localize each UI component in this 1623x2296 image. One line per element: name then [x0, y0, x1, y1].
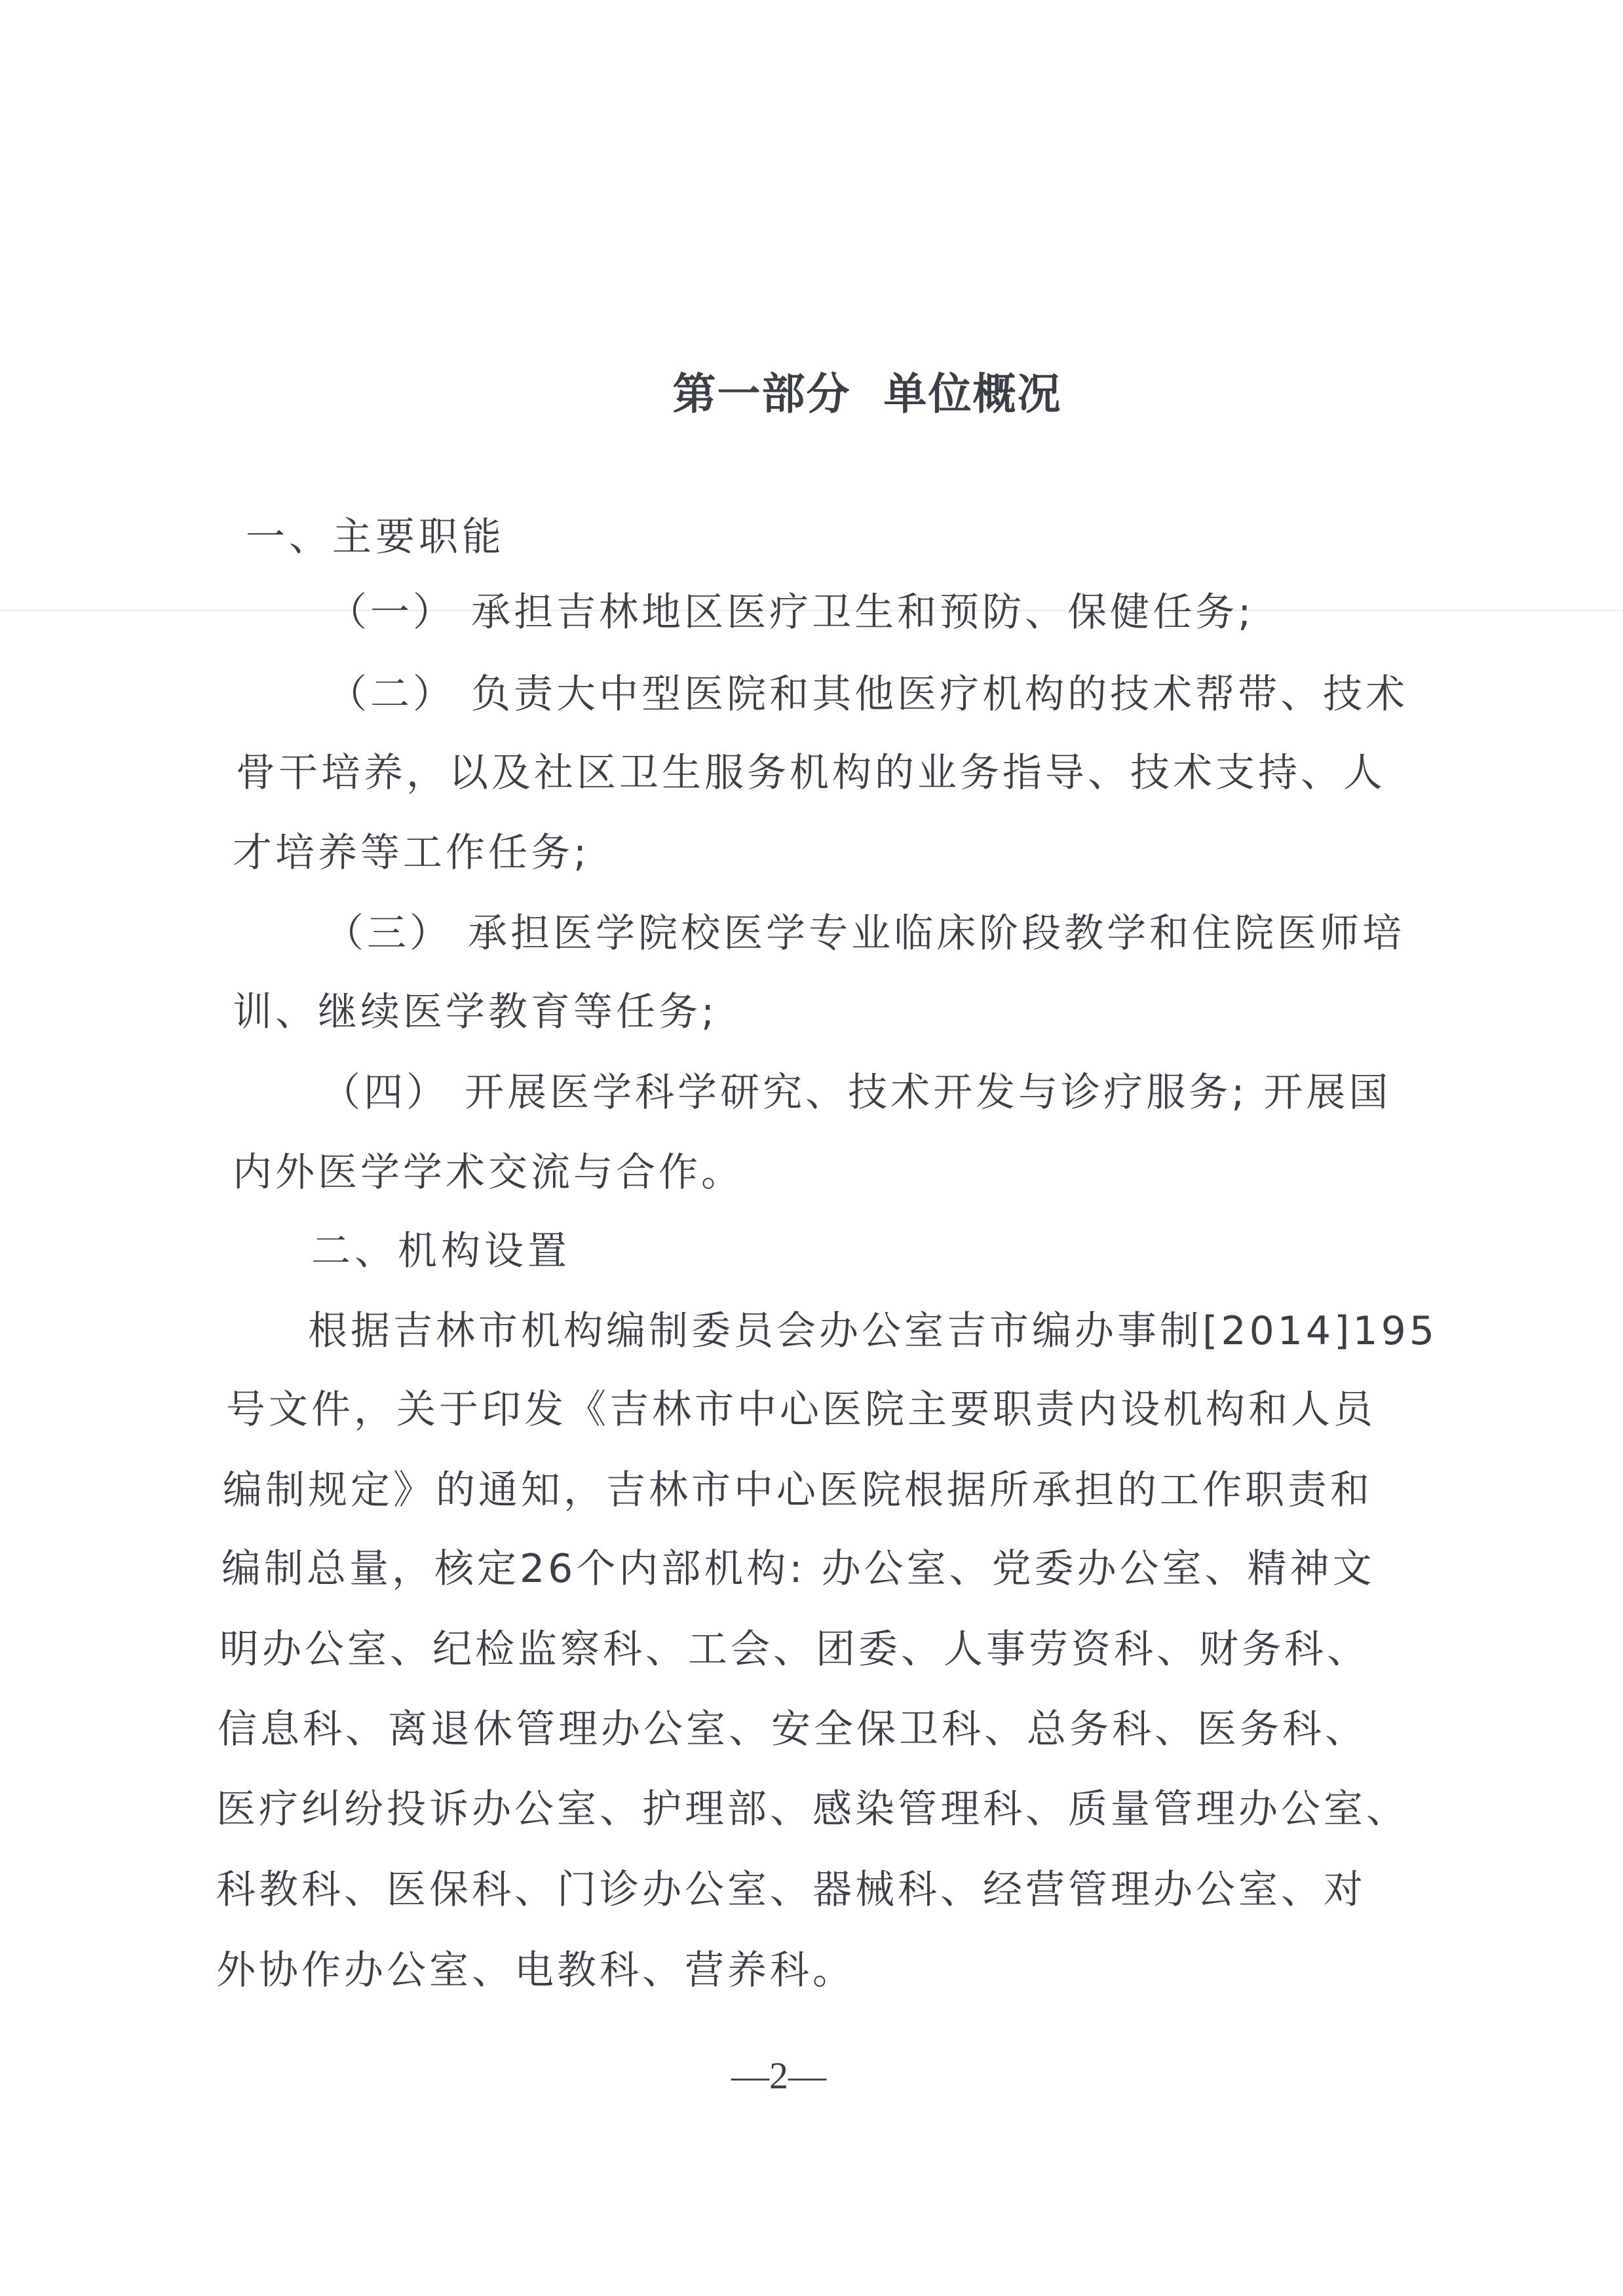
- page-title: 第一部分 单位概况: [0, 359, 1623, 421]
- paragraph-line: 骨干培养，以及社区卫生服务机构的业务指导、技术支持、人: [236, 747, 1386, 799]
- paragraph-line: 编制总量，核定26个内部机构: 办公室、党委办公室、精神文: [221, 1543, 1375, 1595]
- paragraph-line: 根据吉林市机构编制委员会办公室吉市编办事制[2014]195: [308, 1305, 1438, 1357]
- paragraph-line: 内外医学学术交流与合作。: [233, 1146, 744, 1199]
- section-heading-org-structure: 二、机构设置: [311, 1225, 571, 1277]
- paragraph-line: 医疗纠纷投诉办公室、护理部、感染管理科、质量管理办公室、: [216, 1783, 1409, 1835]
- section-heading-main-functions: 一、主要职能: [246, 511, 505, 563]
- paragraph-line: 才培养等工作任务;: [233, 827, 590, 879]
- page-number: —2—: [0, 2054, 1623, 2098]
- paragraph-line: 训、继续医学教育等任务;: [233, 986, 717, 1038]
- paragraph-line: 科教科、医保科、门诊办公室、器械科、经营管理办公室、对: [216, 1864, 1366, 1916]
- paragraph-line: （四） 开展医学科学研究、技术开发与诊疗服务; 开展国: [321, 1066, 1391, 1119]
- paragraph-line: 信息科、离退休管理办公室、安全保卫科、总务科、医务科、: [218, 1703, 1367, 1756]
- paragraph-line: （二） 负责大中型医院和其他医疗机构的技术帮带、技术: [328, 668, 1408, 721]
- paragraph-line: （三） 承担医学院校医学专业临床阶段教学和住院医师培: [324, 907, 1405, 960]
- paragraph-line: 编制规定》的通知，吉林市中心医院根据所承担的工作职责和: [223, 1464, 1373, 1516]
- paragraph-line: 号文件，关于印发《吉林市中心医院主要职责内设机构和人员: [226, 1383, 1376, 1436]
- paragraph-line: （一） 承担吉林地区医疗卫生和预防、保健任务;: [328, 586, 1254, 639]
- paragraph-line: 外协作办公室、电教科、营养科。: [216, 1944, 855, 1997]
- paragraph-line: 明办公室、纪检监察科、工会、团委、人事劳资科、财务科、: [220, 1623, 1369, 1676]
